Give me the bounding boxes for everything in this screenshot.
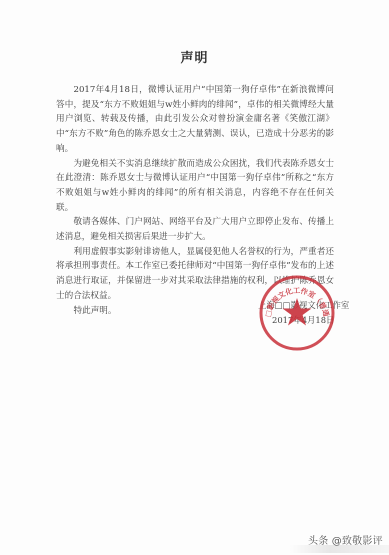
document-page: 声明 2017年4月18日，微博认证用户“中国第一狗仔卓伟”在新浪微博问答中，提… (0, 0, 389, 555)
document-title: 声明 (0, 47, 389, 66)
source-watermark: 头条 @致敬影评 (308, 532, 383, 547)
paragraph-2: 为避免相关不实消息继续扩散而造成公众困扰，我们代表陈乔恩女士在此澄清：陈乔恩女士… (56, 157, 334, 216)
official-seal-icon: 上海□□影视文化工作室（普通合伙） (258, 274, 336, 352)
paragraph-3: 敬请各媒体、门户网站、网络平台及广大用户立即停止发布、传播上述消息，避免相关损害… (56, 215, 334, 244)
paragraph-1: 2017年4月18日，微博认证用户“中国第一狗仔卓伟”在新浪微博问答中，提及“东… (56, 83, 334, 157)
